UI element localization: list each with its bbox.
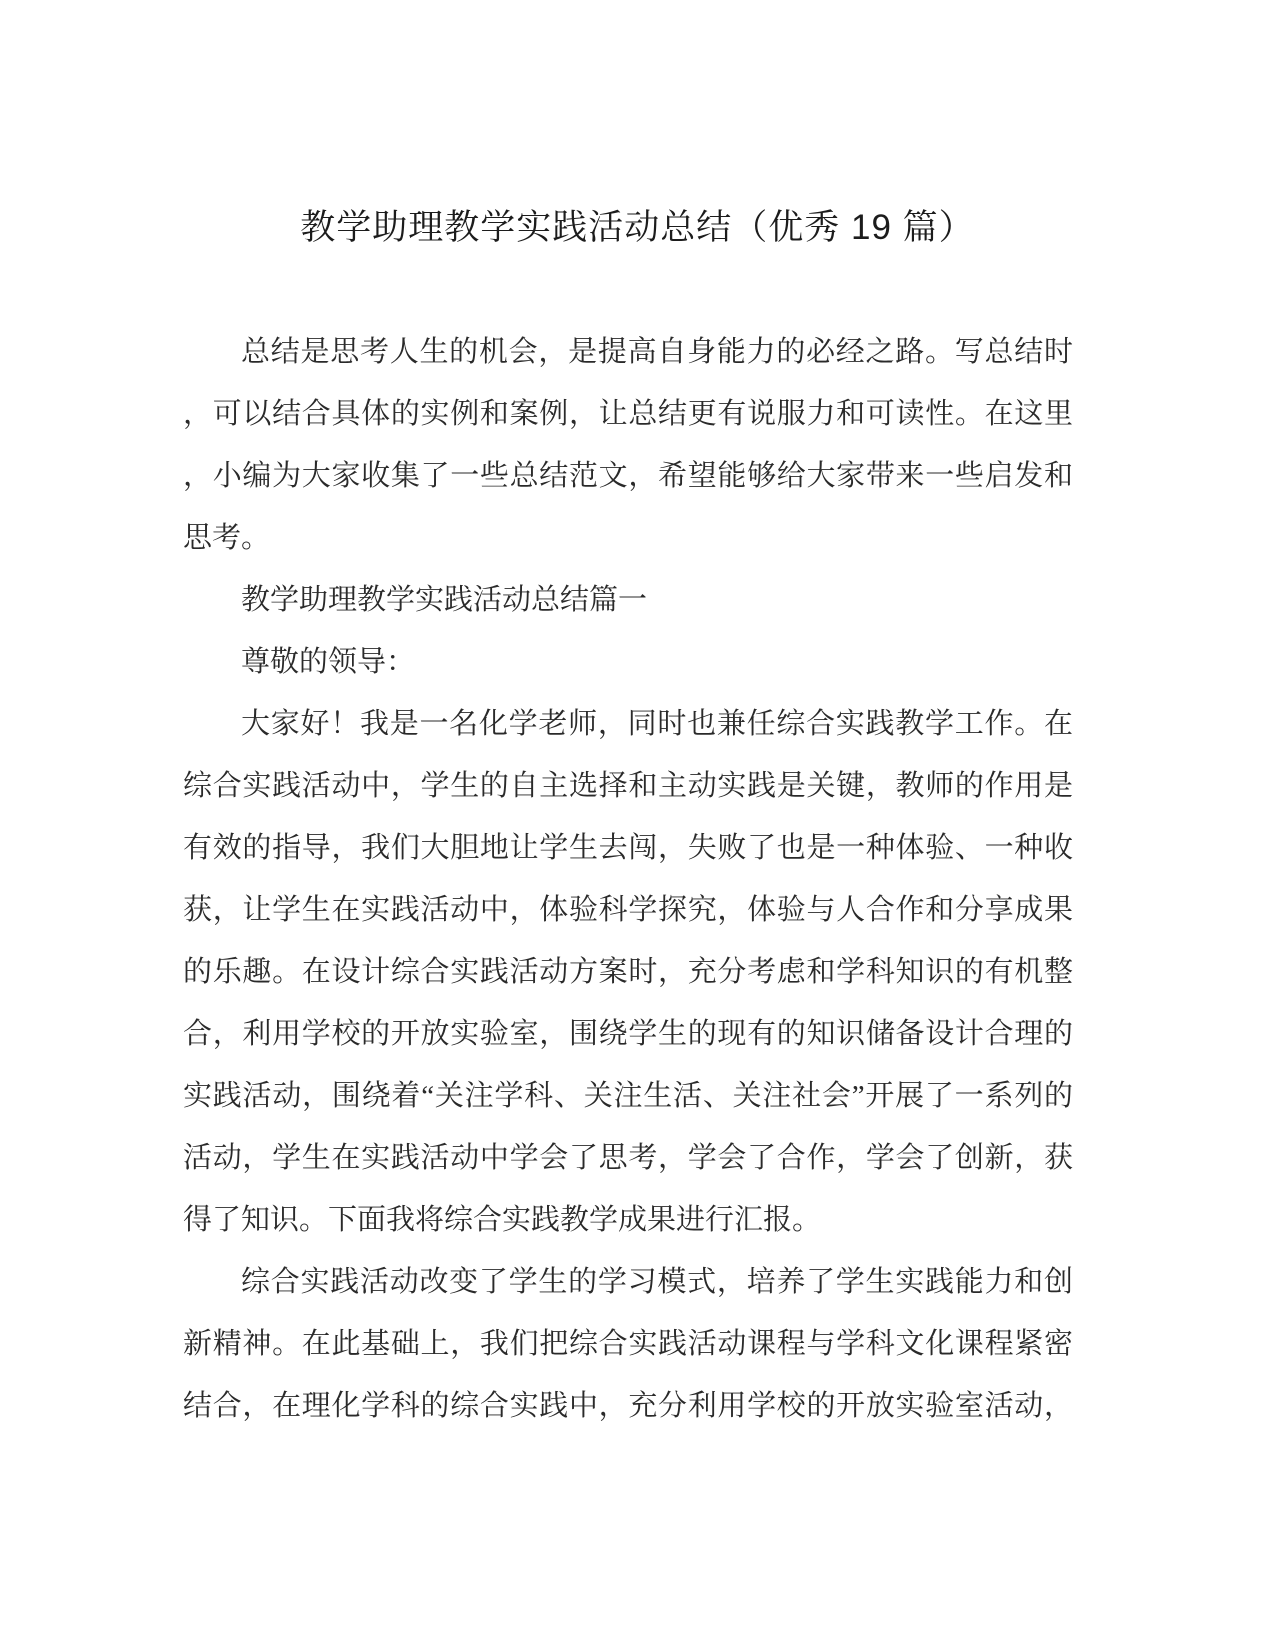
document-title: 教学助理教学实践活动总结（优秀 19 篇） — [0, 200, 1275, 256]
document-page: 教学助理教学实践活动总结（优秀 19 篇） 总结是思考人生的机会，是提高自身能力… — [0, 0, 1275, 1650]
document-body: 总结是思考人生的机会，是提高自身能力的必经之路。写总结时，可以结合具体的实例和案… — [183, 321, 1073, 1437]
text-line: 有效的指导，我们大胆地让学生去闯，失败了也是一种体验、一种收 — [183, 817, 1073, 879]
text-line: 实践活动，围绕着“关注学科、关注生活、关注社会”开展了一系列的 — [183, 1065, 1073, 1127]
text-line: 尊敬的领导： — [183, 631, 1073, 693]
text-line: 新精神。在此基础上，我们把综合实践活动课程与学科文化课程紧密 — [183, 1313, 1073, 1375]
text-line: 思考。 — [183, 507, 1073, 569]
text-line: 综合实践活动改变了学生的学习模式，培养了学生实践能力和创 — [183, 1251, 1073, 1313]
text-line: 的乐趣。在设计综合实践活动方案时，充分考虑和学科知识的有机整 — [183, 941, 1073, 1003]
text-line: 结合，在理化学科的综合实践中，充分利用学校的开放实验室活动， — [183, 1375, 1073, 1437]
text-line: 得了知识。下面我将综合实践教学成果进行汇报。 — [183, 1189, 1073, 1251]
text-line: 活动，学生在实践活动中学会了思考，学会了合作，学会了创新，获 — [183, 1127, 1073, 1189]
text-line: ，可以结合具体的实例和案例，让总结更有说服力和可读性。在这里 — [183, 383, 1073, 445]
text-line: 大家好！我是一名化学老师，同时也兼任综合实践教学工作。在 — [183, 693, 1073, 755]
text-line: 总结是思考人生的机会，是提高自身能力的必经之路。写总结时 — [183, 321, 1073, 383]
text-line: 教学助理教学实践活动总结篇一 — [183, 569, 1073, 631]
text-line: 合，利用学校的开放实验室，围绕学生的现有的知识储备设计合理的 — [183, 1003, 1073, 1065]
text-line: 获，让学生在实践活动中，体验科学探究，体验与人合作和分享成果 — [183, 879, 1073, 941]
text-line: 综合实践活动中，学生的自主选择和主动实践是关键，教师的作用是 — [183, 755, 1073, 817]
text-line: ，小编为大家收集了一些总结范文，希望能够给大家带来一些启发和 — [183, 445, 1073, 507]
